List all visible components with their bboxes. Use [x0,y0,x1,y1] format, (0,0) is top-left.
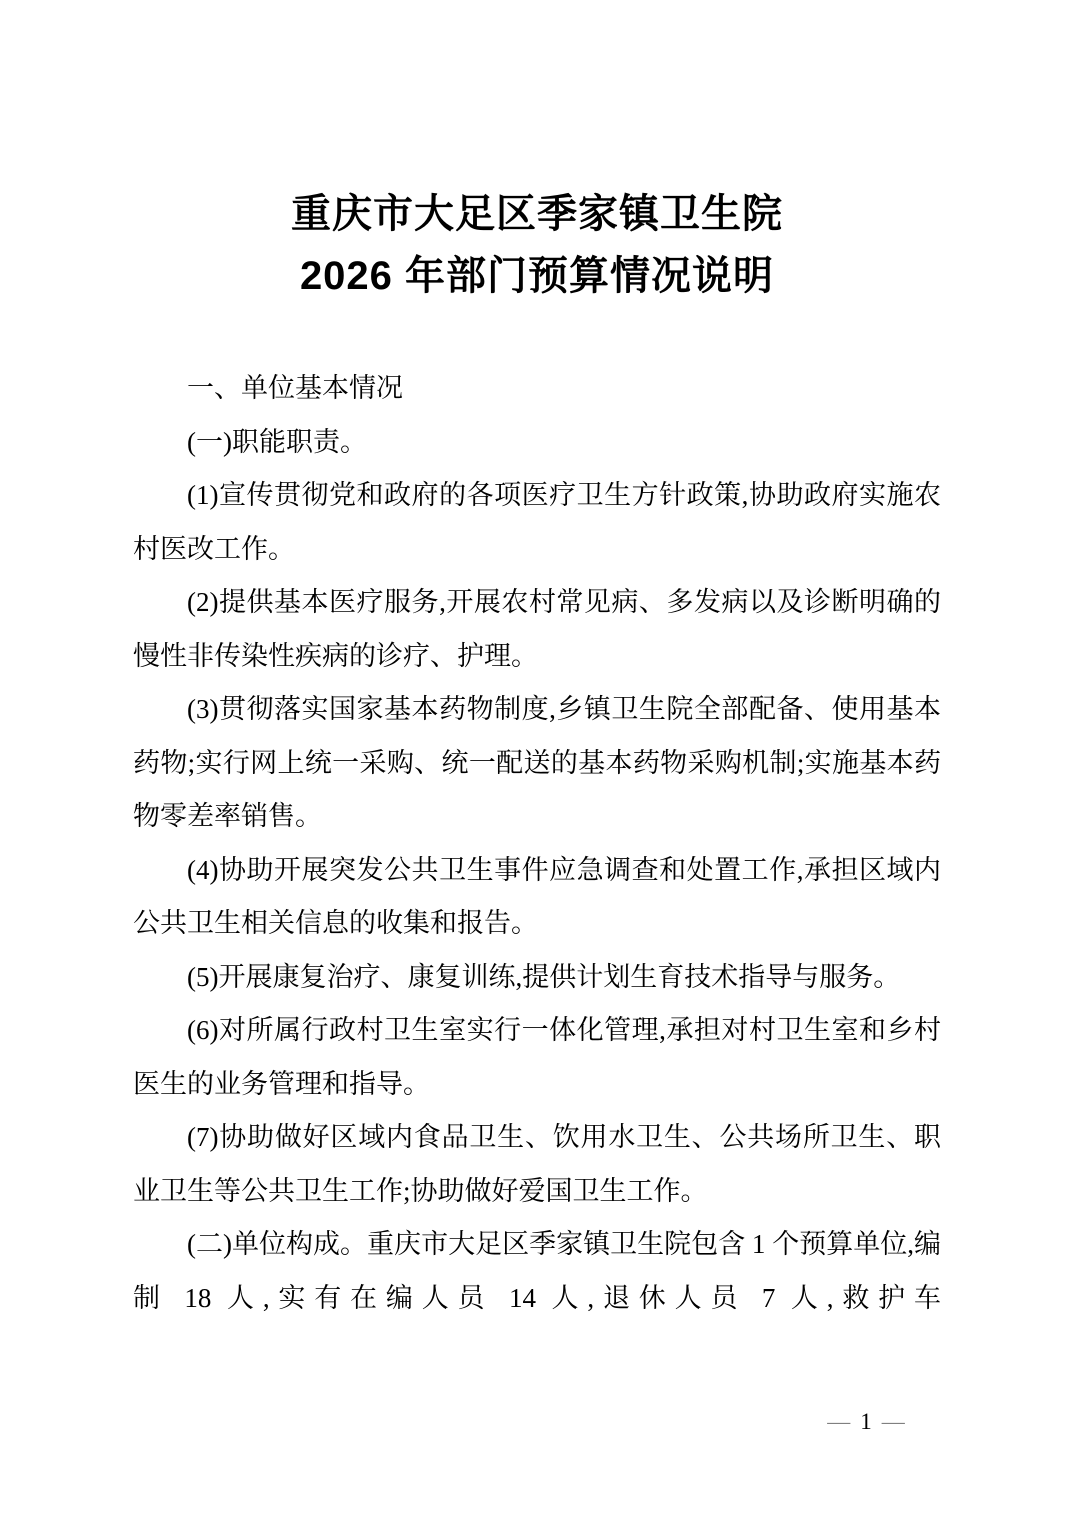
paragraph-duty-7: (7)协助做好区域内食品卫生、饮用水卫生、公共场所卫生、职业卫生等公共卫生工作;… [133,1111,941,1218]
paragraph-duty-3: (3)贯彻落实国家基本药物制度,乡镇卫生院全部配备、使用基本药物;实行网上统一采… [133,683,941,844]
paragraph-duty-4: (4)协助开展突发公共卫生事件应急调查和处置工作,承担区域内公共卫生相关信息的收… [133,844,941,951]
paragraph-duty-6: (6)对所属行政村卫生室实行一体化管理,承担对村卫生室和乡村医生的业务管理和指导… [133,1004,941,1111]
document-title: 重庆市大足区季家镇卫生院 2026 年部门预算情况说明 [0,183,1074,307]
page-number: 1 [860,1409,872,1434]
document-title-line2: 2026 年部门预算情况说明 [0,245,1074,307]
section-heading: 一、单位基本情况 [133,362,941,416]
subsection-heading-duties: (一)职能职责。 [133,416,941,470]
document-page: 重庆市大足区季家镇卫生院 2026 年部门预算情况说明 一、单位基本情况 (一)… [0,0,1074,1520]
footer-left-dash: — [817,1409,860,1434]
page-footer: —1— [808,1406,924,1438]
subsection-unit-composition: (二)单位构成。重庆市大足区季家镇卫生院包含 1 个预算单位,编制 18 人,实… [133,1218,941,1325]
footer-right-dash: — [872,1409,915,1434]
paragraph-duty-1: (1)宣传贯彻党和政府的各项医疗卫生方针政策,协助政府实施农村医改工作。 [133,469,941,576]
document-title-line1: 重庆市大足区季家镇卫生院 [0,183,1074,245]
paragraph-duty-2: (2)提供基本医疗服务,开展农村常见病、多发病以及诊断明确的慢性非传染性疾病的诊… [133,576,941,683]
document-body: 一、单位基本情况 (一)职能职责。 (1)宣传贯彻党和政府的各项医疗卫生方针政策… [133,362,941,1325]
paragraph-duty-5: (5)开展康复治疗、康复训练,提供计划生育技术指导与服务。 [133,951,941,1005]
